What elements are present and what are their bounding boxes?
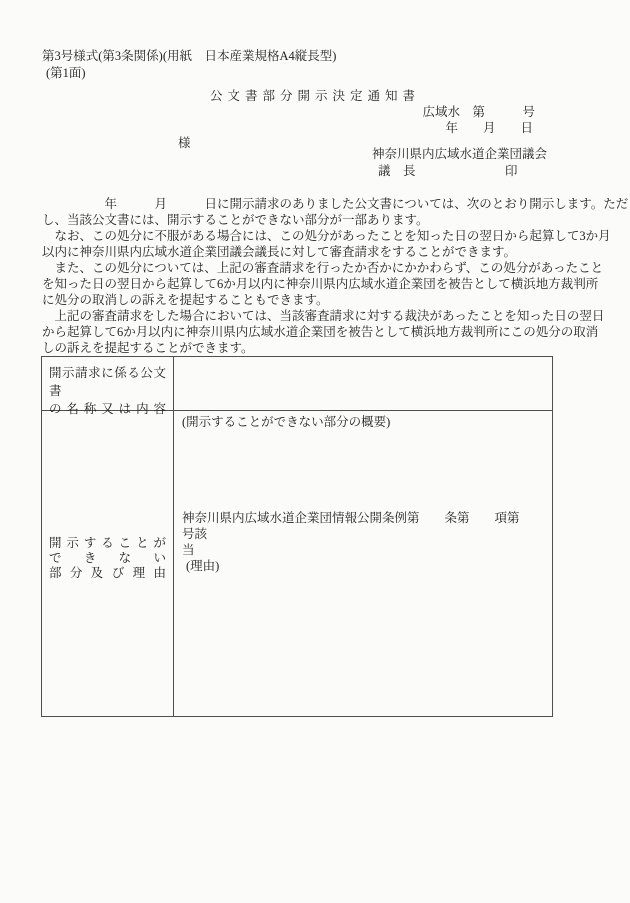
table-row-nondisclosure: 開示することが できない 部分及び理由 (開示することができない部分の概要) 神…	[42, 411, 552, 716]
addressee-suffix: 様	[178, 133, 191, 151]
form-number: 第3号様式(第3条関係)(用紙 日本産業規格A4縦長型)	[42, 46, 336, 64]
table-header-nondisclosure: 開示することが できない 部分及び理由	[42, 411, 174, 716]
ordinance-reference: 神奈川県内広域水道企業団情報公開条例第 条第 項第 号該 当	[182, 510, 544, 558]
body-line: また、この処分については、上記の審査請求を行ったか否かにかかわらず、この処分があ…	[42, 260, 564, 276]
table-header-line: 開示請求に係る公文書	[49, 364, 166, 400]
body-line: に処分の取消しの訴えを提起することもできます。	[42, 292, 564, 308]
table-header-line: できない	[49, 551, 166, 566]
body-line: し、当該公文書には、開示することができない部分が一部あります。	[42, 212, 564, 228]
nondisclosure-summary-label: (開示することができない部分の概要)	[182, 414, 544, 430]
table-header-document-name: 開示請求に係る公文書 の名称又は内容	[42, 357, 174, 410]
body-line: しの訴えを提起することができます。	[42, 340, 564, 356]
table-row-document-name: 開示請求に係る公文書 の名称又は内容	[42, 357, 552, 411]
body-line: から起算して6か月以内に神奈川県内広域水道企業団を被告として横浜地方裁判所にこの…	[42, 324, 564, 340]
issuer-title: 議 長	[378, 161, 416, 179]
ordinance-line: 神奈川県内広域水道企業団情報公開条例第 条第 項第 号該	[182, 510, 544, 542]
body-line: 上記の審査請求をした場合においては、当該審査請求に対する裁決があったことを知った…	[42, 308, 564, 324]
seal-mark: 印	[505, 161, 518, 179]
reason-label: (理由)	[182, 558, 544, 574]
body-paragraphs: 年 月 日に開示請求のありました公文書については、次のとおり開示します。ただ し…	[42, 196, 564, 356]
disclosure-table: 開示請求に係る公文書 の名称又は内容 開示することが できない 部分及び理由 (…	[41, 356, 553, 717]
date-line: 年 月 日	[445, 118, 533, 136]
document-title: 公文書部分開示決定通知書	[0, 86, 630, 104]
issuer-organization: 神奈川県内広域水道企業団議会	[372, 144, 547, 162]
table-cell-document-name	[174, 357, 552, 410]
table-header-line: 開示することが	[49, 536, 166, 551]
body-line: を知った日の翌日から起算して6か月以内に神奈川県内広域水道企業団を被告として横浜…	[42, 276, 564, 292]
body-line: 以内に神奈川県内広域水道企業団議会議長に対して審査請求をすることができます。	[42, 244, 564, 260]
body-line: 年 月 日に開示請求のありました公文書については、次のとおり開示します。ただ	[42, 196, 564, 212]
table-header-line: 部分及び理由	[49, 566, 166, 581]
ordinance-line: 当	[182, 542, 544, 558]
page-face-label: (第1面)	[46, 63, 86, 81]
document-page: 第3号様式(第3条関係)(用紙 日本産業規格A4縦長型) (第1面) 公文書部分…	[0, 0, 630, 903]
body-line: なお、この処分に不服がある場合には、この処分があったことを知った日の翌日から起算…	[42, 228, 564, 244]
table-cell-nondisclosure: (開示することができない部分の概要) 神奈川県内広域水道企業団情報公開条例第 条…	[174, 411, 552, 716]
